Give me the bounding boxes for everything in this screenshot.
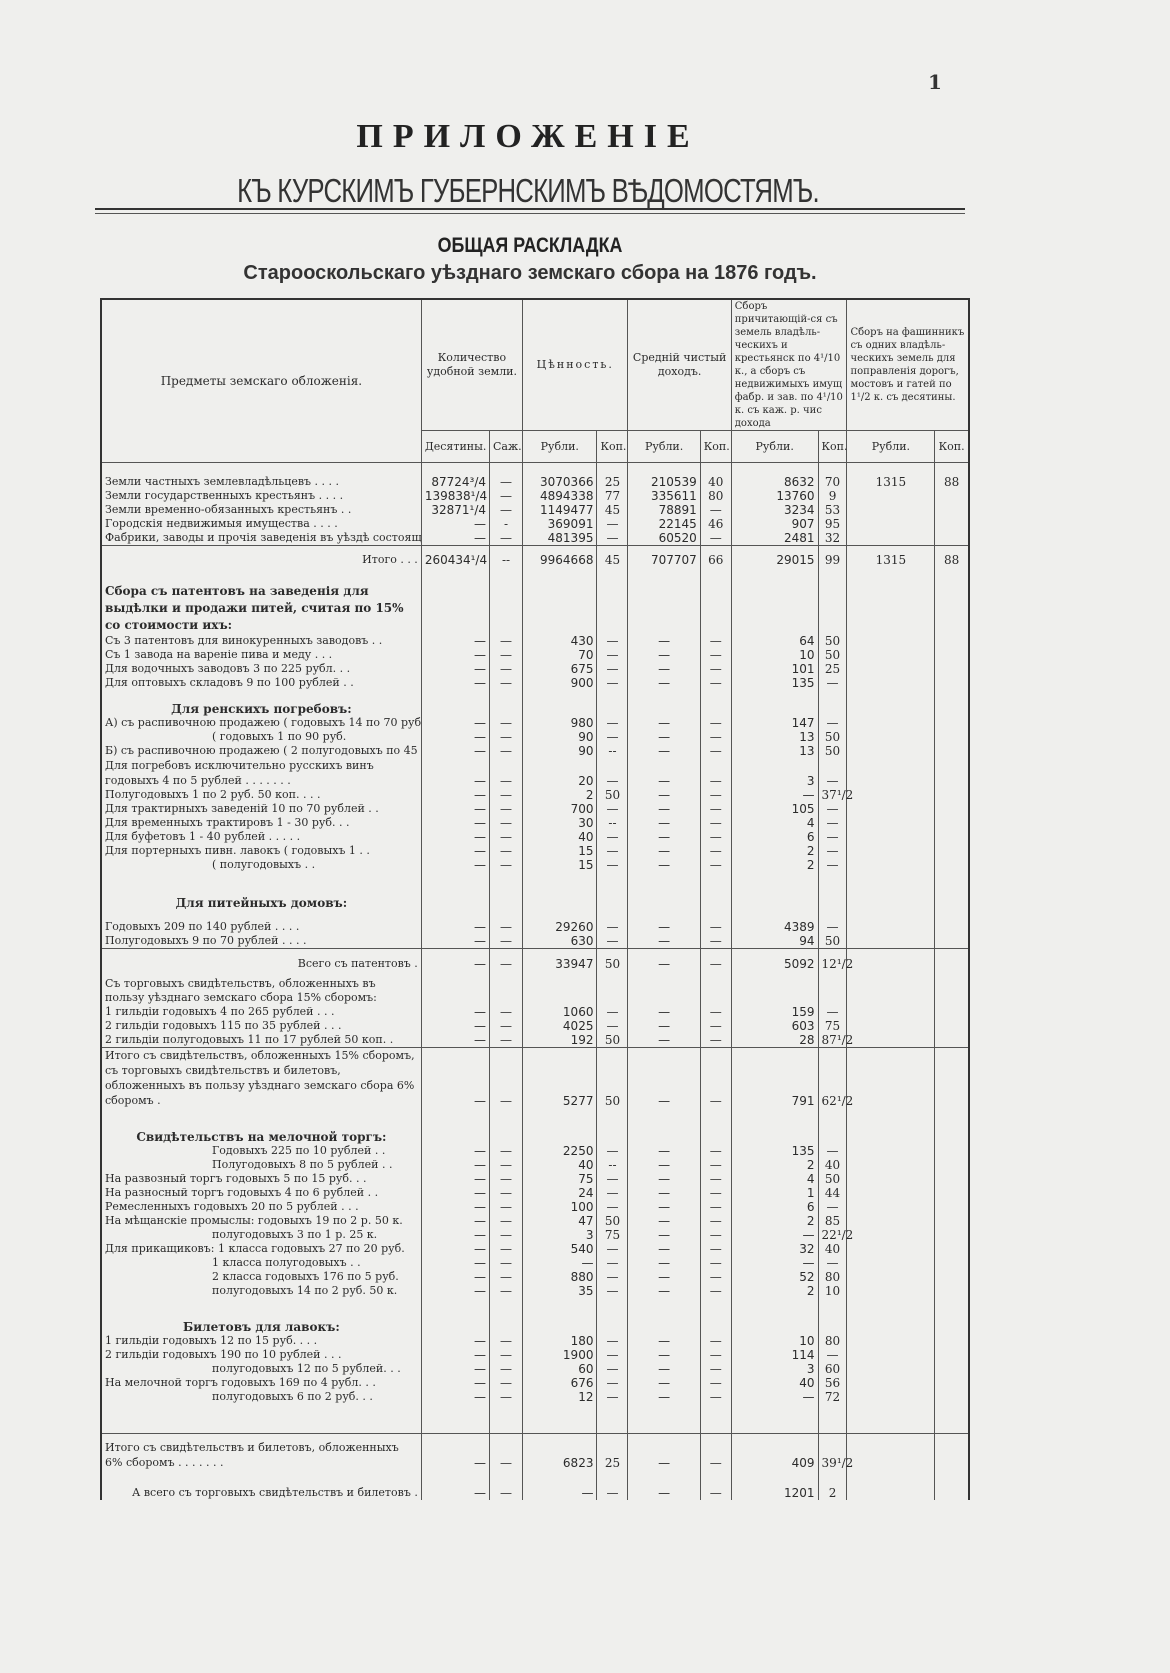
empty-cell (597, 577, 628, 634)
spacer-row (101, 567, 969, 577)
land-desyatiny: — (421, 1362, 489, 1376)
income-kopecks: — (700, 1284, 731, 1298)
empty-cell (847, 1298, 935, 1308)
value-rubles: 700 (523, 802, 597, 816)
land-desyatiny: — (421, 1348, 489, 1362)
empty-cell (818, 1404, 847, 1434)
levy-kopecks: 85 (818, 1214, 847, 1228)
value-kopecks: — (597, 1334, 628, 1348)
empty-cell (523, 886, 597, 910)
row-label: 2 класса годовыхъ 176 по 5 руб. (101, 1270, 421, 1284)
table-row: Для оптовыхъ складовъ 9 по 100 рублей . … (101, 676, 969, 690)
income-rubles: — (628, 1390, 700, 1404)
land-sazh: — (490, 844, 523, 858)
value-rubles: 192 (523, 1033, 597, 1048)
land-sazh: — (490, 1158, 523, 1172)
land-desyatiny: — (421, 1172, 489, 1186)
income-rubles: — (628, 662, 700, 676)
land-desyatiny: — (421, 1144, 489, 1158)
income-kopecks: — (700, 648, 731, 662)
land-sazh: — (490, 1256, 523, 1270)
value-kopecks: — (597, 1200, 628, 1214)
levy-table: Предметы земскаго обложенія. Количество … (100, 298, 970, 1500)
land-sazh: — (490, 758, 523, 788)
levy-rubles: 1 (731, 1186, 818, 1200)
table-row: 1 гильдіи годовыхъ 4 по 265 рублей . . .… (101, 1005, 969, 1019)
empty-cell (628, 567, 700, 577)
row-label: 1 гильдіи годовыхъ 12 по 15 руб. . . . (101, 1334, 421, 1348)
income-kopecks: — (700, 816, 731, 830)
levy-rubles: 4 (731, 816, 818, 830)
row-label: Для погребовъ исключительно русскихъ вин… (101, 758, 421, 788)
land-desyatiny: — (421, 816, 489, 830)
income-kopecks: — (700, 1434, 731, 1470)
levy-kopecks: — (818, 802, 847, 816)
value-rubles: 1149477 (523, 503, 597, 517)
header-subjects: Предметы земскаго обложенія. (101, 299, 421, 463)
land-desyatiny: — (421, 1214, 489, 1228)
empty-cell (731, 1404, 818, 1434)
header-land-qty: Количество удобной земли. (421, 299, 522, 431)
income-kopecks: — (700, 730, 731, 744)
empty-cell (847, 690, 935, 716)
value-kopecks: — (597, 662, 628, 676)
roads-kopecks (935, 1019, 969, 1033)
land-sazh: — (490, 802, 523, 816)
levy-kopecks: — (818, 758, 847, 788)
roads-kopecks (935, 830, 969, 844)
table-row: Всего съ патентовъ .——3394750——509212¹/2 (101, 949, 969, 971)
land-desyatiny: — (421, 517, 489, 531)
empty-cell (101, 1298, 421, 1308)
row-label: ( годовыхъ 1 по 90 руб. (101, 730, 421, 744)
empty-cell (421, 886, 489, 910)
value-kopecks: — (597, 802, 628, 816)
empty-cell (700, 690, 731, 716)
empty-cell (523, 1298, 597, 1308)
row-label: На мѣщанскіе промыслы: годовыхъ 19 по 2 … (101, 1214, 421, 1228)
levy-rubles: 6 (731, 830, 818, 844)
land-desyatiny: 32871¹/4 (421, 503, 489, 517)
row-label: А) съ распивочною продажею ( годовыхъ 14… (101, 716, 421, 730)
row-label: Итого съ свидѣтельствъ, обложенныхъ 15% … (101, 1047, 421, 1108)
levy-kopecks: — (818, 716, 847, 730)
value-kopecks: — (597, 1376, 628, 1390)
empty-cell (700, 567, 731, 577)
roads-kopecks (935, 1047, 969, 1108)
value-rubles: 5277 (523, 1047, 597, 1108)
land-sazh: — (490, 1242, 523, 1256)
empty-cell (700, 971, 731, 1005)
section-heading: Съ торговыхъ свидѣтельствъ, обложенныхъ … (101, 971, 421, 1005)
empty-cell (935, 872, 969, 886)
value-rubles: 15 (523, 844, 597, 858)
income-rubles: — (628, 858, 700, 872)
empty-cell (628, 910, 700, 920)
land-desyatiny: — (421, 744, 489, 758)
land-desyatiny: — (421, 1047, 489, 1108)
page-number: 1 (928, 70, 942, 94)
empty-cell (628, 463, 700, 475)
row-label: 1 гильдіи годовыхъ 4 по 265 рублей . . . (101, 1005, 421, 1019)
spacer-row (101, 910, 969, 920)
levy-kopecks: 72 (818, 1390, 847, 1404)
income-rubles: — (628, 1256, 700, 1270)
value-kopecks: 45 (597, 545, 628, 567)
empty-cell (700, 910, 731, 920)
levy-kopecks: 50 (818, 634, 847, 648)
levy-rubles: 147 (731, 716, 818, 730)
income-rubles: — (628, 1047, 700, 1108)
empty-cell (935, 886, 969, 910)
empty-cell (101, 567, 421, 577)
roads-rubles (847, 1348, 935, 1362)
roads-rubles (847, 788, 935, 802)
levy-kopecks: 37¹/2 (818, 788, 847, 802)
levy-kopecks: — (818, 676, 847, 690)
empty-cell (818, 463, 847, 475)
empty-cell (523, 1308, 597, 1334)
value-rubles: 4025 (523, 1019, 597, 1033)
table-row: Для водочныхъ заводовъ 3 по 225 рубл. . … (101, 662, 969, 676)
empty-cell (700, 1308, 731, 1334)
land-desyatiny: — (421, 1186, 489, 1200)
value-rubles: — (523, 1470, 597, 1500)
empty-cell (847, 872, 935, 886)
table-row: Земли временно-обязанныхъ крестьянъ . .3… (101, 503, 969, 517)
empty-cell (523, 567, 597, 577)
income-rubles: — (628, 1033, 700, 1048)
empty-cell (847, 567, 935, 577)
table-row: На мелочной торгъ годовыхъ 169 по 4 рубл… (101, 1376, 969, 1390)
levy-rubles: 13 (731, 730, 818, 744)
value-kopecks: 50 (597, 1214, 628, 1228)
levy-rubles: 29015 (731, 545, 818, 567)
value-kopecks: — (597, 1256, 628, 1270)
masthead-subtitle: КЪ КУРСКИМЪ ГУБЕРНСКИМЪ ВѢДОМОСТЯМЪ. (186, 172, 869, 210)
value-kopecks: — (597, 1242, 628, 1256)
empty-cell (935, 1404, 969, 1434)
levy-kopecks: 22¹/2 (818, 1228, 847, 1242)
levy-rubles: 5092 (731, 949, 818, 971)
row-label: Итого . . . (101, 545, 421, 567)
empty-cell (523, 1108, 597, 1118)
land-desyatiny: — (421, 802, 489, 816)
income-kopecks: — (700, 788, 731, 802)
section-row: Для питейныхъ домовъ: (101, 886, 969, 910)
empty-cell (421, 567, 489, 577)
levy-rubles: 791 (731, 1047, 818, 1108)
roads-kopecks (935, 1144, 969, 1158)
levy-rubles: 907 (731, 517, 818, 531)
value-rubles: 60 (523, 1362, 597, 1376)
value-rubles: 540 (523, 1242, 597, 1256)
spacer-row (101, 1108, 969, 1118)
value-rubles: 90 (523, 744, 597, 758)
roads-kopecks (935, 816, 969, 830)
land-desyatiny: — (421, 1242, 489, 1256)
land-desyatiny: — (421, 1376, 489, 1390)
section-row: Сбора съ патентовъ на заведенія для выдѣ… (101, 577, 969, 634)
header-kop: Коп. (597, 431, 628, 463)
levy-kopecks: 75 (818, 1019, 847, 1033)
levy-rubles: 101 (731, 662, 818, 676)
table-row: 2 класса годовыхъ 176 по 5 руб.——880———5… (101, 1270, 969, 1284)
value-kopecks: — (597, 1144, 628, 1158)
roads-kopecks (935, 1033, 969, 1048)
value-kopecks: — (597, 1019, 628, 1033)
levy-kopecks: 44 (818, 1186, 847, 1200)
value-kopecks: 25 (597, 475, 628, 489)
empty-cell (731, 1308, 818, 1334)
levy-rubles: — (731, 1256, 818, 1270)
income-rubles: — (628, 1158, 700, 1172)
income-kopecks: — (700, 934, 731, 949)
empty-cell (421, 872, 489, 886)
row-label: Итого съ свидѣтельствъ и билетовъ, облож… (101, 1434, 421, 1470)
value-rubles: 24 (523, 1186, 597, 1200)
levy-kopecks: — (818, 816, 847, 830)
roads-rubles (847, 934, 935, 949)
land-sazh: — (490, 949, 523, 971)
levy-kopecks: 25 (818, 662, 847, 676)
row-label: На мелочной торгъ годовыхъ 169 по 4 рубл… (101, 1376, 421, 1390)
row-label: Земли частныхъ землевладѣльцевъ . . . . (101, 475, 421, 489)
income-rubles: — (628, 1214, 700, 1228)
income-kopecks: — (700, 1172, 731, 1186)
income-kopecks: — (700, 758, 731, 788)
roads-rubles (847, 634, 935, 648)
table-row: Фабрики, заводы и прочія заведенія въ уѣ… (101, 531, 969, 546)
land-sazh: — (490, 920, 523, 934)
income-kopecks: — (700, 716, 731, 730)
section-heading: Для питейныхъ домовъ: (101, 886, 421, 910)
levy-rubles: — (731, 1228, 818, 1242)
value-kopecks: — (597, 730, 628, 744)
income-kopecks: — (700, 503, 731, 517)
value-rubles: 1900 (523, 1348, 597, 1362)
income-rubles: — (628, 1200, 700, 1214)
land-sazh: — (490, 1172, 523, 1186)
empty-cell (490, 690, 523, 716)
empty-cell (935, 463, 969, 475)
empty-cell (628, 577, 700, 634)
income-kopecks: — (700, 1200, 731, 1214)
empty-cell (731, 971, 818, 1005)
empty-cell (731, 1298, 818, 1308)
empty-cell (523, 577, 597, 634)
table-row: полугодовыхъ 6 по 2 руб. . .——12————72 (101, 1390, 969, 1404)
income-kopecks: — (700, 858, 731, 872)
land-sazh: — (490, 489, 523, 503)
empty-cell (818, 567, 847, 577)
table-row: Итого . . .260434¹/4--996466845707707662… (101, 545, 969, 567)
empty-cell (597, 1308, 628, 1334)
income-kopecks: — (700, 1228, 731, 1242)
row-label: Б) съ распивочною продажею ( 2 полугодов… (101, 744, 421, 758)
levy-rubles: 1201 (731, 1470, 818, 1500)
value-kopecks: — (597, 920, 628, 934)
land-desyatiny: — (421, 1284, 489, 1298)
row-label: На развозный торгъ годовыхъ 5 по 15 руб.… (101, 1172, 421, 1186)
section-heading: Билетовъ для лавокъ: (101, 1308, 421, 1334)
header-rubli: Рубли. (731, 431, 818, 463)
roads-rubles (847, 517, 935, 531)
table-row: 2 гильдіи годовыхъ 115 по 35 рублей . . … (101, 1019, 969, 1033)
value-kopecks: 45 (597, 503, 628, 517)
empty-cell (818, 886, 847, 910)
land-desyatiny: — (421, 920, 489, 934)
roads-kopecks (935, 934, 969, 949)
roads-kopecks (935, 1256, 969, 1270)
income-rubles: — (628, 634, 700, 648)
empty-cell (523, 1404, 597, 1434)
levy-kopecks: 12¹/2 (818, 949, 847, 971)
row-label: Для временныхъ трактировъ 1 - 30 руб. . … (101, 816, 421, 830)
income-kopecks: — (700, 920, 731, 934)
land-sazh: — (490, 1214, 523, 1228)
value-rubles: 675 (523, 662, 597, 676)
empty-cell (490, 1298, 523, 1308)
table-row: Земли государственныхъ крестьянъ . . . .… (101, 489, 969, 503)
empty-cell (731, 1108, 818, 1118)
income-kopecks: — (700, 1470, 731, 1500)
empty-cell (818, 1118, 847, 1144)
row-label: Земли временно-обязанныхъ крестьянъ . . (101, 503, 421, 517)
roads-kopecks (935, 920, 969, 934)
masthead-title: ПРИЛОЖЕНІЕ (90, 118, 966, 156)
income-rubles: — (628, 1362, 700, 1376)
empty-cell (523, 910, 597, 920)
levy-rubles: 10 (731, 1334, 818, 1348)
row-label: Годовыхъ 209 по 140 рублей . . . . (101, 920, 421, 934)
land-sazh: — (490, 648, 523, 662)
land-sazh: — (490, 1186, 523, 1200)
empty-cell (597, 1108, 628, 1118)
value-kopecks: — (597, 716, 628, 730)
income-kopecks: — (700, 844, 731, 858)
value-kopecks: — (597, 1172, 628, 1186)
roads-rubles (847, 531, 935, 546)
land-desyatiny: 87724³/4 (421, 475, 489, 489)
income-kopecks: 46 (700, 517, 731, 531)
roads-kopecks: 88 (935, 475, 969, 489)
levy-kopecks: — (818, 1348, 847, 1362)
table-row: 1 класса полугодовыхъ . .———————— (101, 1256, 969, 1270)
roads-kopecks (935, 648, 969, 662)
levy-kopecks: 99 (818, 545, 847, 567)
income-rubles: — (628, 758, 700, 788)
levy-kopecks: 62¹/2 (818, 1047, 847, 1108)
roads-kopecks (935, 802, 969, 816)
roads-rubles (847, 676, 935, 690)
section-row: Билетовъ для лавокъ: (101, 1308, 969, 1334)
land-sazh: — (490, 1348, 523, 1362)
income-kopecks: 40 (700, 475, 731, 489)
levy-kopecks: 95 (818, 517, 847, 531)
land-sazh: — (490, 1228, 523, 1242)
table-row: Итого съ свидѣтельствъ, обложенныхъ 15% … (101, 1047, 969, 1108)
roads-rubles (847, 1362, 935, 1376)
land-sazh: — (490, 816, 523, 830)
value-rubles: 481395 (523, 531, 597, 546)
empty-cell (731, 567, 818, 577)
empty-cell (818, 971, 847, 1005)
empty-cell (421, 1308, 489, 1334)
value-rubles: 12 (523, 1390, 597, 1404)
roads-kopecks (935, 1200, 969, 1214)
empty-cell (935, 577, 969, 634)
land-sazh: — (490, 1005, 523, 1019)
land-desyatiny: — (421, 716, 489, 730)
land-desyatiny: — (421, 1390, 489, 1404)
row-label: Ремесленныхъ годовыхъ 20 по 5 рублей . .… (101, 1200, 421, 1214)
land-desyatiny: 139838¹/4 (421, 489, 489, 503)
income-kopecks: — (700, 1242, 731, 1256)
land-sazh: — (490, 1362, 523, 1376)
value-rubles: 75 (523, 1172, 597, 1186)
value-rubles: 90 (523, 730, 597, 744)
land-desyatiny: — (421, 1200, 489, 1214)
land-desyatiny: — (421, 1158, 489, 1172)
levy-kopecks: 32 (818, 531, 847, 546)
income-rubles: — (628, 1334, 700, 1348)
empty-cell (597, 872, 628, 886)
land-desyatiny: — (421, 949, 489, 971)
land-desyatiny: — (421, 1470, 489, 1500)
table-row: Ремесленныхъ годовыхъ 20 по 5 рублей . .… (101, 1200, 969, 1214)
income-rubles: 78891 (628, 503, 700, 517)
value-rubles: 35 (523, 1284, 597, 1298)
land-sazh: — (490, 858, 523, 872)
land-desyatiny: — (421, 1256, 489, 1270)
section-row: Для ренскихъ погребовъ: (101, 690, 969, 716)
row-label: Для прикащиковъ: 1 класса годовыхъ 27 по… (101, 1242, 421, 1256)
empty-cell (700, 1298, 731, 1308)
income-rubles: — (628, 716, 700, 730)
empty-cell (818, 690, 847, 716)
empty-cell (700, 872, 731, 886)
levy-rubles: 64 (731, 634, 818, 648)
value-kopecks: — (597, 934, 628, 949)
roads-rubles (847, 744, 935, 758)
row-label: Полугодовыхъ 8 по 5 рублей . . (101, 1158, 421, 1172)
income-kopecks: — (700, 1270, 731, 1284)
income-rubles: — (628, 1172, 700, 1186)
income-rubles: — (628, 816, 700, 830)
value-rubles: 430 (523, 634, 597, 648)
empty-cell (597, 971, 628, 1005)
levy-kopecks: 9 (818, 489, 847, 503)
table-row: Итого съ свидѣтельствъ и билетовъ, облож… (101, 1434, 969, 1470)
levy-rubles: — (731, 788, 818, 802)
empty-cell (490, 1118, 523, 1144)
income-kopecks: — (700, 949, 731, 971)
row-label: На разносный торгъ годовыхъ 4 по 6 рубле… (101, 1186, 421, 1200)
land-sazh: — (490, 1434, 523, 1470)
value-kopecks: 77 (597, 489, 628, 503)
roads-kopecks (935, 730, 969, 744)
land-sazh: — (490, 1470, 523, 1500)
land-desyatiny: 260434¹/4 (421, 545, 489, 567)
empty-cell (628, 1108, 700, 1118)
value-rubles: 9964668 (523, 545, 597, 567)
table-row: Б) съ распивочною продажею ( 2 полугодов… (101, 744, 969, 758)
roads-kopecks (935, 676, 969, 690)
levy-kopecks: 2 (818, 1470, 847, 1500)
roads-rubles (847, 758, 935, 788)
table-row: Земли частныхъ землевладѣльцевъ . . . .8… (101, 475, 969, 489)
